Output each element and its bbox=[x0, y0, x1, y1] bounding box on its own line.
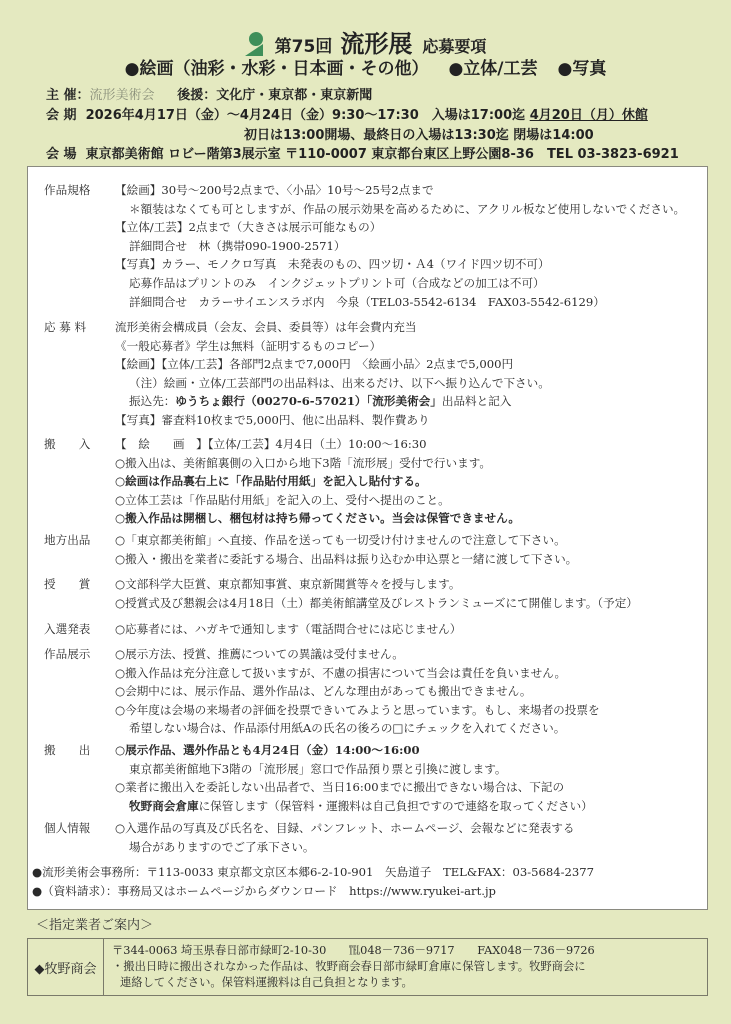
period-line: 会 期 2026年4月17日（金）～4月24日（金）9:30～17:30 入場は… bbox=[46, 104, 648, 123]
pickup-line: ○業者に搬出入を委託しない出品者で、当日16:00までに搬出できない場合は、下記… bbox=[44, 778, 593, 797]
closed-day: 4月20日（月）休館 bbox=[530, 108, 648, 123]
display-line: ○搬入作品は充分注意して扱いますが、不慮の損害について当会は責任を負いません。 bbox=[44, 664, 600, 683]
vendor-address: 〒344-0063 埼玉県春日部市緑町2-10-30 ℡048－736－9717… bbox=[112, 943, 595, 959]
sponsor: 後援：文化庁・東京都・東京新聞 bbox=[177, 88, 372, 103]
transfer-label: 振込先： bbox=[129, 394, 175, 408]
display-line: ○今年度は会場の来場者の評価を投票できいてみようと思っています。もし、来場者の投… bbox=[44, 701, 600, 720]
vendor-section-title: ＜指定業者ご案内＞ bbox=[36, 914, 153, 933]
regional-line: ○搬入・搬出を業者に委託する場合、出品料は振り込むか申込票と一緒に渡して下さい。 bbox=[44, 550, 577, 569]
delivery-line: ○絵画は作品裏右上に「作品貼付用紙」を記入し貼付する。 bbox=[44, 472, 520, 491]
vendor-note: ・搬出日時に搬出されなかった作品は、牧野商会春日部市緑町倉庫に保管します。牧野商… bbox=[112, 959, 595, 975]
delivery-section: 搬 入【 絵 画 】【立体/工芸】4月4日（土）10:00～16:30 ○搬入出… bbox=[44, 435, 520, 528]
spec-section: 作品規格【絵画】30号～200号2点まで、〈小品〉10号～25号2点まで ＊額装… bbox=[44, 181, 685, 311]
awards-line: ○文部科学大臣賞、東京都知事賞、東京新聞賞等々を授与します。 bbox=[115, 577, 460, 591]
pickup-bullet: ○ bbox=[115, 743, 125, 757]
bank-transfer-line: 振込先：ゆうちょ銀行（00270-6-57021）「流形美術会」出品料と記入 bbox=[44, 392, 550, 411]
spec-line: ＊額装はなくても可としますが、作品の展示効果を高めるために、アクリル板など使用し… bbox=[44, 200, 685, 219]
delivery-line: ○搬入作品は開梱し、梱包材は持ち帰ってください。当会は保管できません。 bbox=[44, 509, 520, 528]
section-label: 搬 入 bbox=[44, 435, 115, 454]
section-label: 授 賞 bbox=[44, 575, 115, 594]
category-painting: ●絵画（油彩・水彩・日本画・その他） bbox=[125, 59, 429, 79]
display-line: 希望しない場合は、作品添付用紙Aの氏名の後ろの□にチェックを入れてください。 bbox=[44, 719, 600, 738]
storage-note: に保管します（保管料・運搬料は自己負担ですので連絡を取ってください） bbox=[199, 799, 593, 813]
section-label: 搬 出 bbox=[44, 741, 115, 760]
period: 2026年4月17日（金）～4月24日（金）9:30～17:30 入場は17:0… bbox=[86, 108, 526, 123]
display-line: ○会期中には、展示作品、選外作品は、どんな理由があっても搬出できません。 bbox=[44, 682, 600, 701]
fee-line: 流形美術会構成員（会友、会員、委員等）は年会費内充当 bbox=[115, 320, 416, 334]
spec-line: 詳細問合せ 林（携帯090-1900-2571） bbox=[44, 237, 685, 256]
privacy-line: 場合がありますのでご了承下さい。 bbox=[44, 838, 575, 857]
venue-label: 会 場 bbox=[46, 147, 77, 162]
storage-name: 牧野商会倉庫 bbox=[129, 799, 199, 813]
spec-line: 【立体/工芸】2点まで（大きさは展示可能なもの） bbox=[44, 218, 685, 237]
awards-line: ○授賞式及び懇親会は4月18日（土）都美術館講堂及びレストランミューズにて開催し… bbox=[44, 594, 638, 613]
pickup-date: 展示作品、選外作品とも4月24日（金）14:00～16:00 bbox=[125, 743, 419, 757]
section-label: 入選発表 bbox=[44, 620, 115, 639]
pickup-storage-line: 牧野商会倉庫に保管します（保管料・運搬料は自己負担ですので連絡を取ってください） bbox=[44, 797, 593, 816]
privacy-section: 個人情報○入選作品の写真及び氏名を、目録、パンフレット、ホームページ、会報などに… bbox=[44, 819, 575, 856]
section-label: 個人情報 bbox=[44, 819, 115, 838]
section-label: 地方出品 bbox=[44, 531, 115, 550]
vendor-details: 〒344-0063 埼玉県春日部市緑町2-10-30 ℡048－736－9717… bbox=[104, 939, 595, 995]
section-label: 作品規格 bbox=[44, 181, 115, 200]
fee-line: （注）絵画・立体/工芸部門の出品料は、出来るだけ、以下へ振り込んで下さい。 bbox=[44, 374, 550, 393]
results-section: 入選発表○応募者には、ハガキで通知します（電話問合せには応じません） bbox=[44, 620, 461, 639]
vendor-note: 連絡してください。保管料運搬料は自己負担となります。 bbox=[112, 975, 595, 991]
display-line: ○展示方法、授賞、推薦についての異議は受付ません。 bbox=[115, 647, 404, 661]
spec-line: 【写真】カラー、モノクロ写真 未発表のもの、四ツ切・Ａ4（ワイド四ツ切不可） bbox=[44, 255, 685, 274]
regional-section: 地方出品○「東京都美術館」へ直接、作品を送っても一切受け付けませんので注意して下… bbox=[44, 531, 577, 568]
fee-line: 【絵画】【立体/工芸】各部門2点まで7,000円 〈絵画小品〉2点まで5,000… bbox=[44, 355, 550, 374]
delivery-line: 【 絵 画 】【立体/工芸】4月4日（土）10:00～16:30 bbox=[115, 437, 427, 451]
fee-line: 《一般応募者》学生は無料（証明するものコピー） bbox=[44, 337, 550, 356]
venue: 東京都美術館 ロビー階第3展示室 〒110-0007 東京都台東区上野公園8-3… bbox=[86, 147, 679, 162]
section-label: 応 募 料 bbox=[44, 318, 115, 337]
bank-account: ゆうちょ銀行（00270-6-57021）「流形美術会」 bbox=[175, 394, 441, 408]
spec-line: 【絵画】30号～200号2点まで、〈小品〉10号～25号2点まで bbox=[115, 183, 434, 197]
guidelines-box: 作品規格【絵画】30号～200号2点まで、〈小品〉10号～25号2点まで ＊額装… bbox=[27, 166, 708, 910]
document-request: ●（資料請求）：事務局又はホームページからダウンロード https://www.… bbox=[32, 882, 496, 901]
venue-line: 会 場 東京都美術館 ロビー階第3展示室 〒110-0007 東京都台東区上野公… bbox=[46, 143, 679, 162]
office-contact: ●流形美術会事務所：〒113-0033 東京都文京区本郷6-2-10-901 矢… bbox=[32, 863, 594, 882]
privacy-line: ○入選作品の写真及び氏名を、目録、パンフレット、ホームページ、会報などに発表する bbox=[115, 821, 575, 835]
period-note: 初日は13:00開場、最終日の入場は13:30迄 閉場は14:00 bbox=[244, 124, 594, 143]
fee-section: 応 募 料流形美術会構成員（会友、会員、委員等）は年会費内充当 《一般応募者》学… bbox=[44, 318, 550, 430]
pickup-line: 東京都美術館地下3階の「流形展」窓口で作品預り票と引換に渡します。 bbox=[44, 760, 593, 779]
category-photo: ●写真 bbox=[558, 59, 607, 79]
category-sculpture: ●立体/工芸 bbox=[448, 59, 537, 79]
results-line: ○応募者には、ハガキで通知します（電話問合せには応じません） bbox=[115, 622, 461, 636]
awards-section: 授 賞○文部科学大臣賞、東京都知事賞、東京新聞賞等々を授与します。 ○授賞式及び… bbox=[44, 575, 638, 612]
category-list: ●絵画（油彩・水彩・日本画・その他）●立体/工芸●写真 bbox=[0, 54, 731, 79]
organizer-label: 主 催： bbox=[46, 88, 90, 103]
pickup-section: 搬 出○展示作品、選外作品とも4月24日（金）14:00～16:00 東京都美術… bbox=[44, 741, 593, 815]
vendor-table: ◆牧野商会 〒344-0063 埼玉県春日部市緑町2-10-30 ℡048－73… bbox=[27, 938, 708, 996]
organizer-line: 主 催：流形美術会 後援：文化庁・東京都・東京新聞 bbox=[46, 84, 372, 103]
organizer: 流形美術会 bbox=[90, 88, 155, 103]
display-section: 作品展示○展示方法、授賞、推薦についての異議は受付ません。 ○搬入作品は充分注意… bbox=[44, 645, 600, 738]
section-label: 作品展示 bbox=[44, 645, 115, 664]
regional-line: ○「東京都美術館」へ直接、作品を送っても一切受け付けませんので注意して下さい。 bbox=[115, 533, 566, 547]
fee-line: 【写真】審査料10枚まで5,000円、他に出品料、製作費あり bbox=[44, 411, 550, 430]
delivery-line: ○搬入出は、美術館裏側の入口から地下3階「流形展」受付で行います。 bbox=[44, 454, 520, 473]
period-label: 会 期 bbox=[46, 108, 77, 123]
ryukei-logo-icon bbox=[245, 32, 265, 56]
vendor-name: ◆牧野商会 bbox=[28, 939, 104, 995]
spec-line: 詳細問合せ カラーサイエンスラボ内 今泉（TEL03-5542-6134 FAX… bbox=[44, 293, 685, 312]
transfer-note: 出品料と記入 bbox=[442, 394, 512, 408]
spec-line: 応募作品はプリントのみ インクジェットプリント可（合成などの加工は不可） bbox=[44, 274, 685, 293]
delivery-line: ○立体工芸は「作品貼付用紙」を記入の上、受付へ提出のこと。 bbox=[44, 491, 520, 510]
